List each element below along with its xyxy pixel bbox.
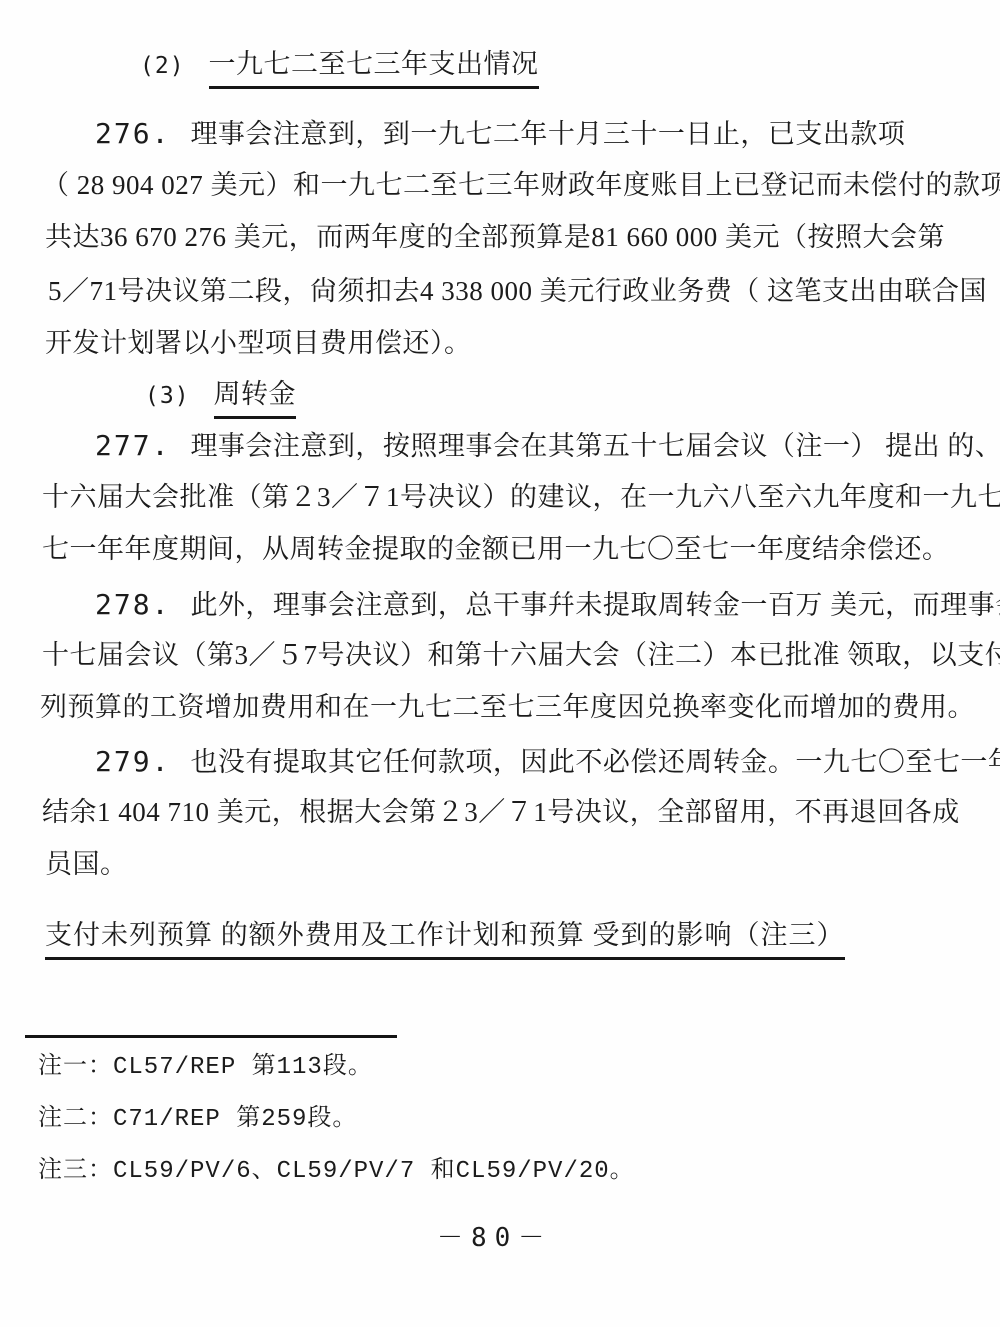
para-276-line-1: 276.理事会注意到，到一九七二年十月三十一日止，已支出款项 xyxy=(95,116,905,152)
extra-costs-heading: 支付未列预算 的额外费用及工作计划和预算 受到的影响（注三） xyxy=(45,919,845,953)
para-277-line-1: 277.理事会注意到，按照理事会在其第五十七届会议（注一） 提出 的、幷经第 xyxy=(95,428,1000,464)
para-278-line-2: 十七届会议（第3／５7号决议）和第十六届大会（注二）本已批准 领取，以支付未 xyxy=(42,639,1000,673)
footnote-separator-rule xyxy=(25,1035,397,1038)
para-278-line-1: 278.此外，理事会注意到，总干事幷未提取周转金一百万 美元，而理事会第五 xyxy=(95,587,1000,623)
section-2-title: 一九七二至七三年支出情况 xyxy=(209,49,539,89)
para-276-line-2: （ 28 904 027 美元）和一九七二至七三年财政年度账目上已登记而未偿付的… xyxy=(42,169,1000,203)
para-278-text-1: 此外，理事会注意到，总干事幷未提取周转金一百万 美元，而理事会第五 xyxy=(190,590,1000,620)
section-3-title: 周转金 xyxy=(214,379,297,419)
section-2-number: (2) xyxy=(140,53,185,79)
para-278-line-3: 列预算的工资增加费用和在一九七二至七三年度因兑换率变化而增加的费用。 xyxy=(40,691,975,725)
scanned-document-page: (2)一九七二至七三年支出情况 276.理事会注意到，到一九七二年十月三十一日止… xyxy=(0,0,1000,1327)
para-279-line-1: 279.也没有提取其它任何款项，因此不必偿还周转金。一九七〇至七一年现金 xyxy=(95,744,1000,780)
section-3-heading: (3)周转金 xyxy=(145,378,296,412)
para-279-line-2: 结余1 404 710 美元，根据大会第２3／７1号决议，全部留用，不再退回各成 xyxy=(42,796,960,830)
para-277-number: 277. xyxy=(95,429,170,462)
para-276-line-5: 开发计划署以小型项目费用偿还）。 xyxy=(45,327,472,361)
section-2-heading: (2)一九七二至七三年支出情况 xyxy=(140,48,539,82)
para-276-line-4: 5／71号决议第二段，尙须扣去4 338 000 美元行政业务费（ 这笔支出由联… xyxy=(48,275,987,309)
para-276-text-1: 理事会注意到，到一九七二年十月三十一日止，已支出款项 xyxy=(190,119,905,149)
section-3-number: (3) xyxy=(145,383,190,409)
extra-costs-heading-text: 支付未列预算 的额外费用及工作计划和预算 受到的影响（注三） xyxy=(45,920,845,960)
para-279-line-3: 员国。 xyxy=(45,848,128,882)
para-277-line-3: 七一年年度期间，从周转金提取的金额已用一九七〇至七一年度结余偿还。 xyxy=(42,533,950,567)
footnote-2: 注二：C71/REP 第259段。 xyxy=(38,1105,357,1135)
para-278-number: 278. xyxy=(95,588,170,621)
para-276-number: 276. xyxy=(95,117,170,150)
para-277-text-1: 理事会注意到，按照理事会在其第五十七届会议（注一） 提出 的、幷经第 xyxy=(190,431,1000,461)
para-279-text-1: 也没有提取其它任何款项，因此不必偿还周转金。一九七〇至七一年现金 xyxy=(190,747,1000,777)
footnote-3: 注三：CL59/PV/6、CL59/PV/7 和CL59/PV/20。 xyxy=(38,1157,635,1187)
para-276-line-3: 共达36 670 276 美元，而两年度的全部预算是81 660 000 美元（… xyxy=(45,221,945,255)
footnote-1: 注一：CL57/REP 第113段。 xyxy=(38,1053,373,1083)
para-277-line-2: 十六届大会批准（第２3／７1号决议）的建议，在一九六八至六九年度和一九七〇至 xyxy=(42,481,1000,515)
para-279-number: 279. xyxy=(95,745,170,778)
page-number: －80－ xyxy=(437,1222,552,1255)
